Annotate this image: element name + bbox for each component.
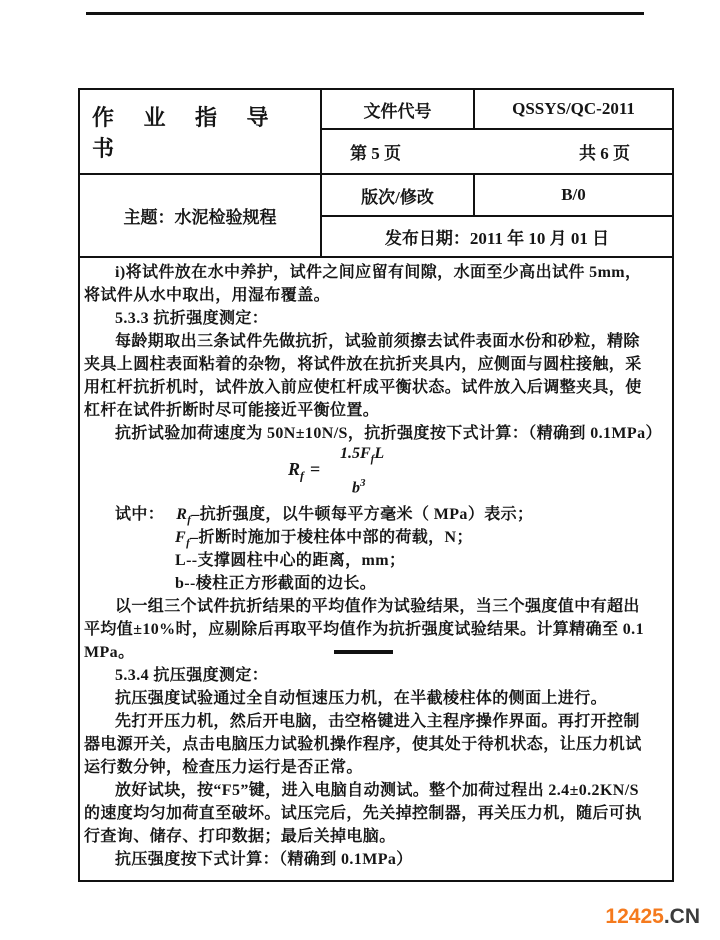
body-text-line: b--棱柱正方形截面的边长。: [84, 572, 672, 595]
document-title: 作 业 指 导 书: [80, 90, 322, 175]
page-info-row: 第 5 页 共 6 页: [322, 130, 672, 175]
short-rule: [334, 650, 393, 654]
body-text-line: 用杠杆抗折机时，试件放入前应使杠杆成平衡状态。试件放入后调整夹具，使: [84, 376, 672, 399]
revision-value: B/0: [475, 175, 672, 217]
legend-prefix: 试中：: [115, 506, 164, 523]
document-page: 作 业 指 导 书 文件代号 QSSYS/QC-2011 第 5 页 共 6 页…: [0, 0, 720, 940]
body-text-line: 抗压强度按下式计算：（精确到 0.1MPa）: [84, 848, 672, 871]
body-text-line: 抗折试验加荷速度为 50N±10N/S，抗折强度按下式计算：（精确到 0.1MP…: [84, 422, 672, 445]
body-text-block-2: 以一组三个试件抗折结果的平均值作为试验结果，当三个强度值中有超出平均值±10%时…: [84, 595, 672, 871]
legend-rf-text: –抗折强度，以牛顿每平方毫米（ MPa）表示；: [191, 506, 533, 523]
body-text-line: 每龄期取出三条试件先做抗折，试验前须擦去试件表面水份和砂粒，精除: [84, 330, 672, 353]
body-text-line: 将试件从水中取出，用湿布覆盖。: [84, 284, 672, 307]
page-current: 第 5 页: [350, 139, 401, 164]
header-table: 作 业 指 导 书 文件代号 QSSYS/QC-2011 第 5 页 共 6 页…: [78, 88, 674, 258]
body-text-line: 行查询、储存、打印数据；最后关掉电脑。: [84, 825, 672, 848]
page-total: 共 6 页: [579, 139, 630, 164]
body-text-line: 5.3.3 抗折强度测定：: [84, 307, 672, 330]
issue-date: 发布日期：2011 年 10 月 01 日: [322, 217, 672, 256]
doc-code-label: 文件代号: [322, 90, 475, 130]
top-rule: [86, 12, 644, 15]
doc-code-value: QSSYS/QC-2011: [475, 90, 672, 130]
formula-lhs: Rf=: [288, 459, 320, 484]
body-text-line: L--支撑圆柱中心的距离，mm；: [84, 549, 672, 572]
revision-label: 版次/修改: [322, 175, 475, 217]
body-text-line: 抗压强度试验通过全自动恒速压力机，在半截棱柱体的侧面上进行。: [84, 687, 672, 710]
legend-ff-text: –折断时施加于棱柱体中部的荷载，N；: [190, 529, 473, 546]
body-text-line: 先打开压力机，然后开电脑，击空格键进入主程序操作界面。再打开控制: [84, 710, 672, 733]
body-box: i)将试件放在水中养护，试件之间应留有间隙，水面至少高出试件 5mm，将试件从水…: [78, 256, 674, 882]
watermark-suffix: .CN: [664, 905, 700, 928]
legend-plain-block: L--支撑圆柱中心的距离，mm；b--棱柱正方形截面的边长。: [84, 549, 672, 595]
watermark: 12425.CN: [605, 905, 700, 929]
symbol-ff: Ff: [175, 529, 190, 546]
body-text-line: 的速度均匀加荷直至破坏。试压完后，先关掉控制器，再关压力机，随后可执: [84, 802, 672, 825]
body-text-line: i)将试件放在水中养护，试件之间应留有间隙，水面至少高出试件 5mm，: [84, 261, 672, 284]
flexural-strength-formula: Rf= 1.5FfL b3: [84, 445, 672, 503]
body-text-line: 平均值±10%时，应剔除后再取平均值作为抗折强度试验结果。计算精确至 0.1: [84, 618, 672, 641]
body-text-block-1: i)将试件放在水中养护，试件之间应留有间隙，水面至少高出试件 5mm，将试件从水…: [84, 261, 672, 445]
body-text-line: MPa。: [84, 641, 672, 664]
watermark-number: 12425: [605, 905, 663, 928]
legend-line-rf: 试中：Rf–抗折强度，以牛顿每平方毫米（ MPa）表示；: [84, 503, 672, 526]
body-text-line: 杠杆在试件折断时尽可能接近平衡位置。: [84, 399, 672, 422]
body-text-line: 运行数分钟，检查压力运行是否正常。: [84, 756, 672, 779]
body-text-line: 5.3.4 抗压强度测定：: [84, 664, 672, 687]
symbol-rf: Rf: [176, 506, 191, 523]
body-text-line: 器电源开关，点击电脑压力试验机操作程序，使其处于待机状态，让压力机试: [84, 733, 672, 756]
body-text-line: 以一组三个试件抗折结果的平均值作为试验结果，当三个强度值中有超出: [84, 595, 672, 618]
subject: 主题：水泥检验规程: [80, 175, 322, 256]
formula-numerator: 1.5FfL: [340, 445, 384, 465]
formula-denominator: b3: [352, 477, 366, 497]
body-text-line: 放好试块，按“F5”键，进入电脑自动测试。整个加荷过程出 2.4±0.2KN/S: [84, 779, 672, 802]
legend-line-ff: Ff–折断时施加于棱柱体中部的荷载，N；: [84, 526, 672, 549]
body-text-line: 夹具上圆柱表面粘着的杂物，将试件放在抗折夹具内，应侧面与圆柱接触，采: [84, 353, 672, 376]
